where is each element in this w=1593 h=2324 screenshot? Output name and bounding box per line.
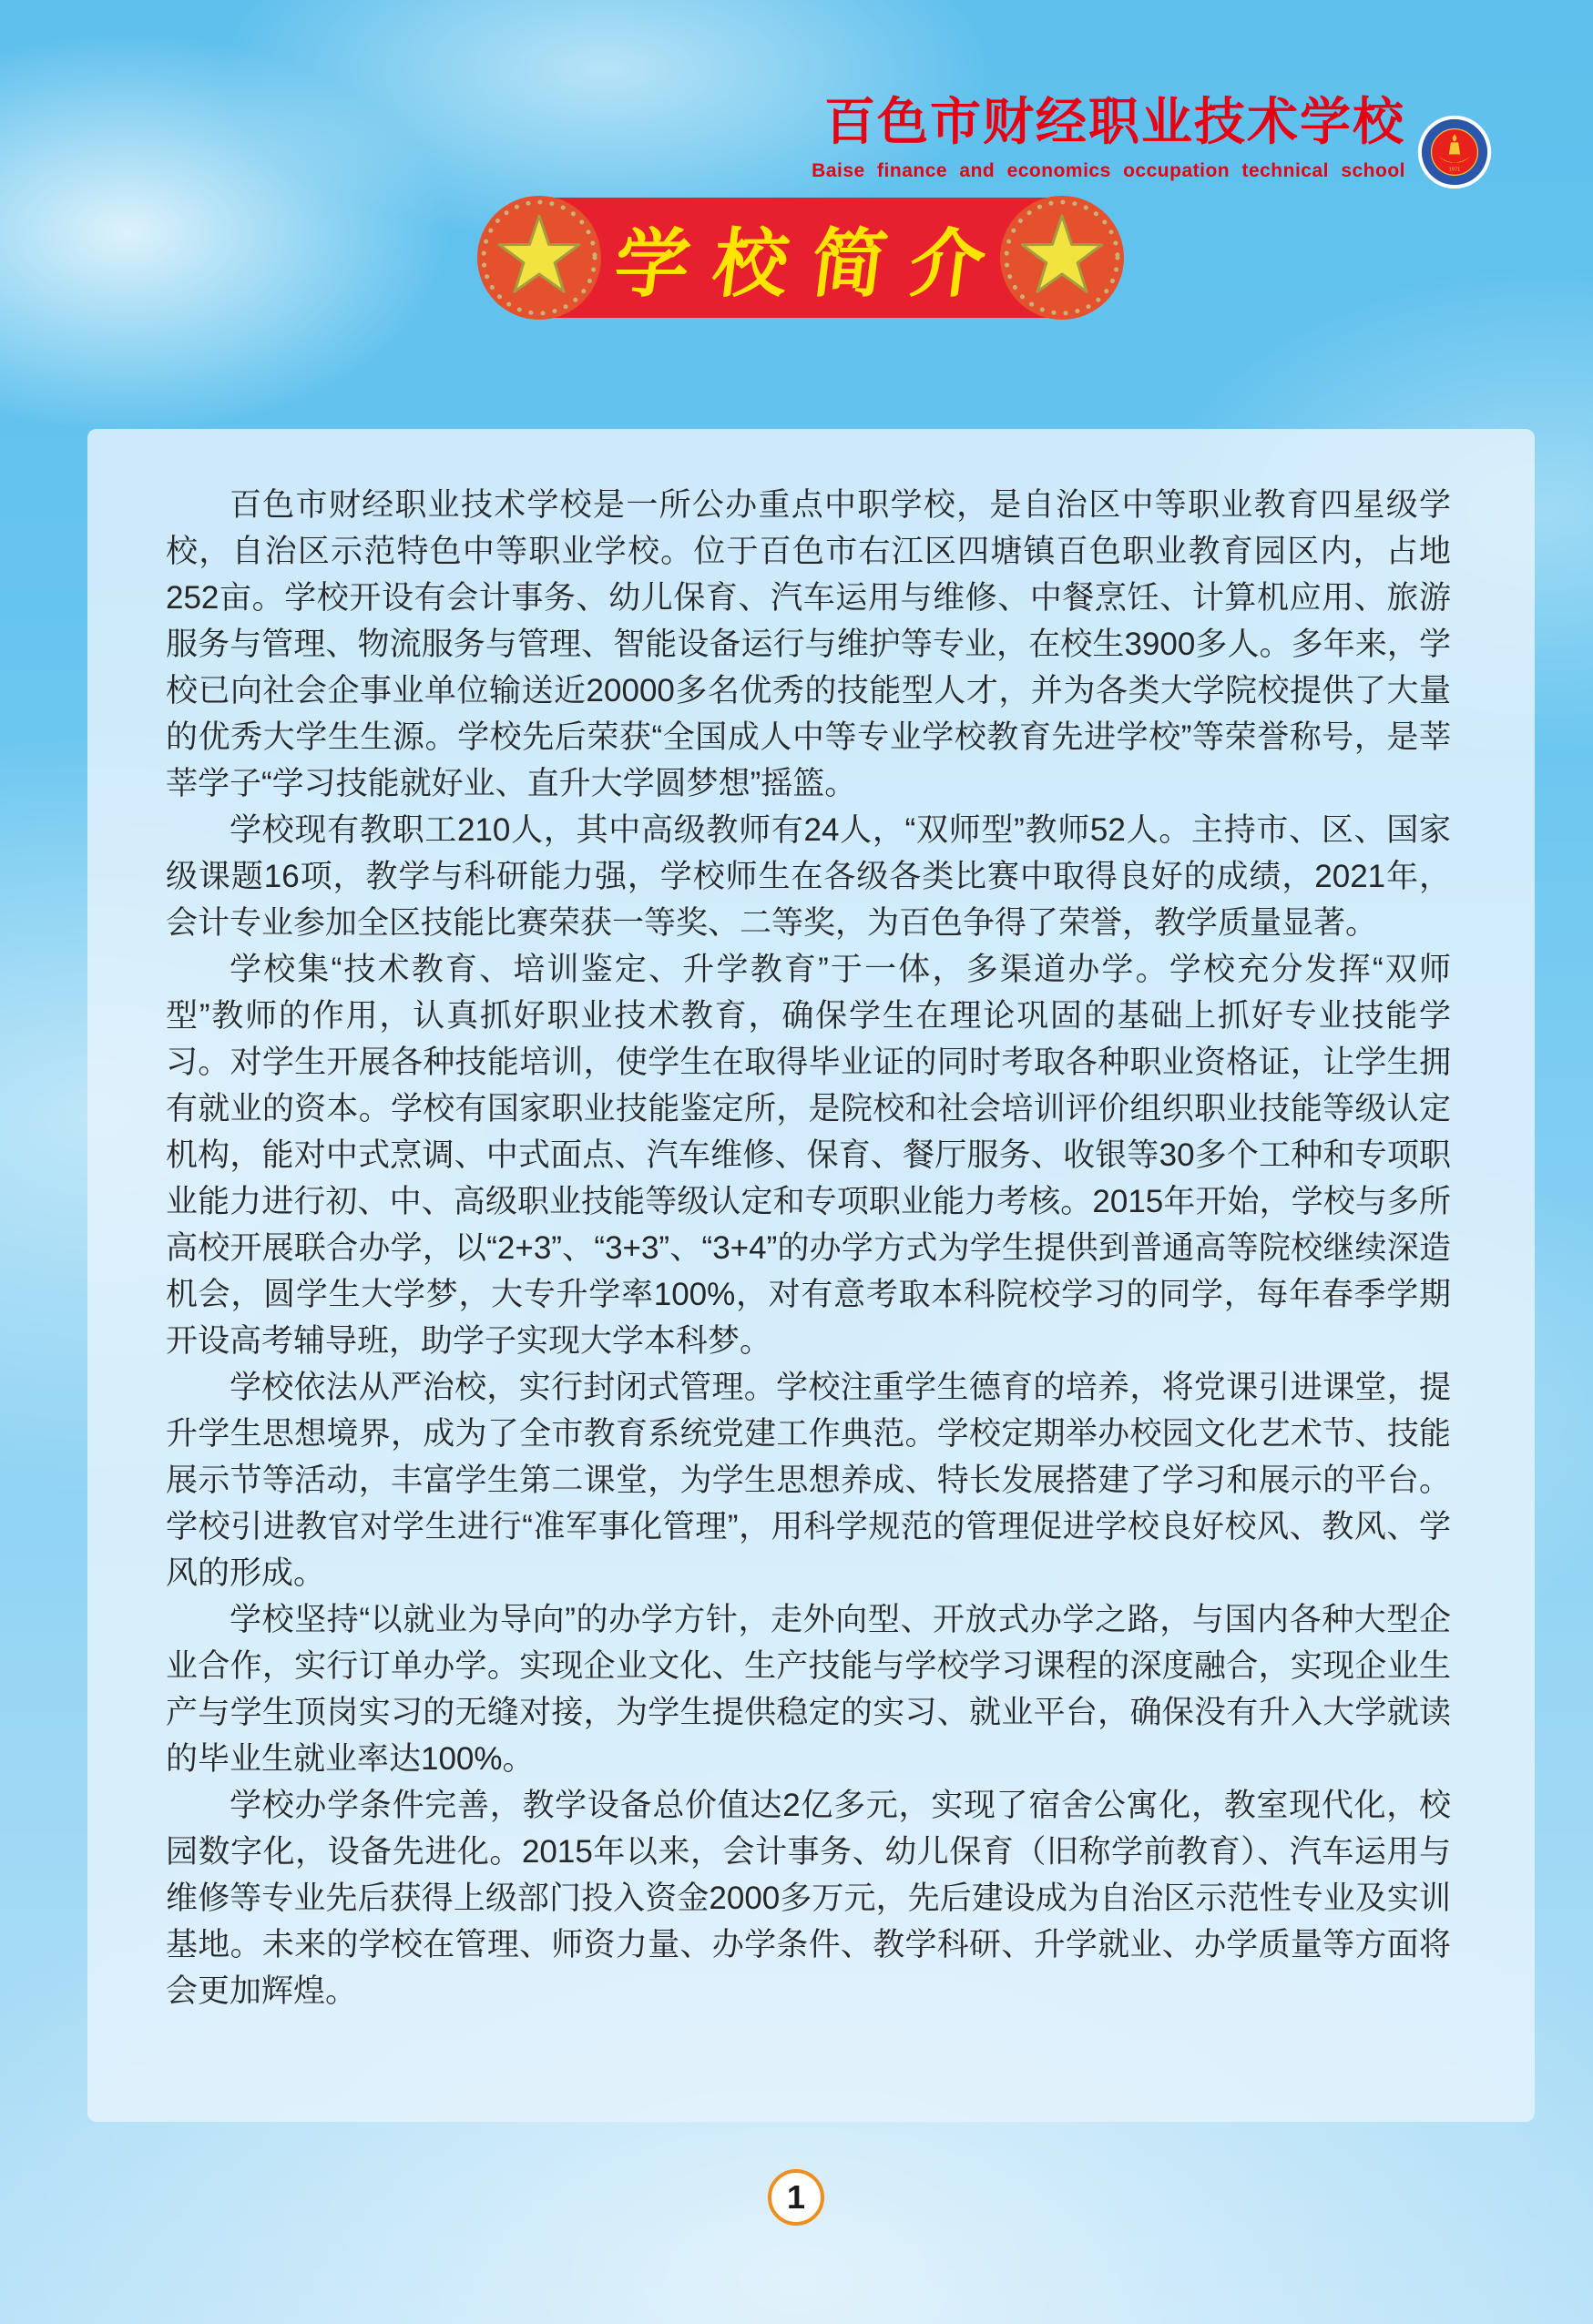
intro-paragraph-3: 学校集“技术教育、培训鉴定、升学教育”于一体，多渠道办学。学校充分发挥“双师型”… [166,946,1451,1364]
brochure-page: 百色市财经职业技术学校 Baise finance and economics … [0,0,1593,2324]
school-name-zh: 百色市财经职业技术学校 [824,95,1405,151]
page-number-badge: 1 [768,2169,824,2226]
school-intro-box: 百色市财经职业技术学校是一所公办重点中职学校，是自治区中等职业教育四星级学校，自… [87,429,1535,2122]
tower-icon [1449,142,1460,154]
intro-paragraph-5: 学校坚持“以就业为导向”的办学方针，走外向型、开放式办学之路，与国内各种大型企业… [166,1596,1451,1782]
section-banner: 学校简介 [543,198,1058,318]
school-name-en: Baise finance and economics occupation t… [812,160,1405,182]
intro-paragraph-6: 学校办学条件完善，教学设备总价值达2亿多元，实现了宿舍公寓化，教室现代化，校园数… [166,1782,1451,2014]
intro-paragraph-1: 百色市财经职业技术学校是一所公办重点中职学校，是自治区中等职业教育四星级学校，自… [166,482,1451,807]
section-title: 学校简介 [586,205,1016,311]
star-medallion-right [994,189,1130,326]
intro-paragraph-4: 学校依法从严治校，实行封闭式管理。学校注重学生德育的培养，将党课引进课堂，提升学… [166,1364,1451,1596]
star-medallion-left [471,189,608,326]
intro-paragraph-2: 学校现有教职工210人，其中高级教师有24人，“双师型”教师52人。主持市、区、… [166,807,1451,946]
school-logo: 1971 [1417,115,1492,189]
page-number: 1 [787,2178,805,2217]
logo-year: 1971 [1449,168,1461,173]
